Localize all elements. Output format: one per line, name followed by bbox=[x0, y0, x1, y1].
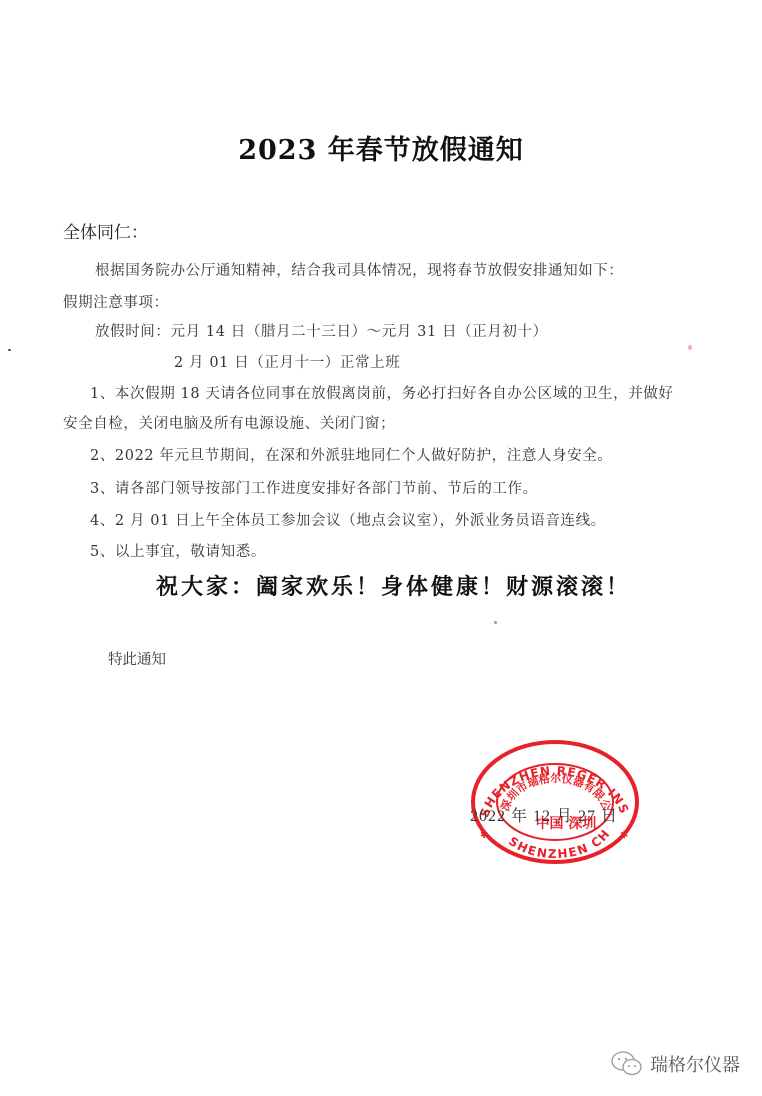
intro-paragraph: 根据国务院办公厅通知精神，结合我司具体情况，现将春节放假安排通知如下： bbox=[95, 259, 624, 280]
wechat-icon bbox=[610, 1050, 644, 1078]
wechat-watermark: 瑞格尔仪器 bbox=[610, 1050, 740, 1078]
document-title: 2023 年春节放假通知 bbox=[0, 128, 762, 167]
company-seal: SHENZHEN REGER INSTRUMENT CO.,LTD SHENZH… bbox=[470, 738, 640, 866]
signoff: 特此通知 bbox=[108, 648, 166, 669]
notice-item-1-cont: 安全自检，关闭电脑及所有电源设施、关闭门窗； bbox=[63, 412, 395, 433]
svg-text:✱: ✱ bbox=[620, 830, 628, 841]
notice-item-1: 1、本次假期 18 天请各位同事在放假离岗前，务必打扫好各自办公区域的卫生，并做… bbox=[90, 382, 674, 403]
blessing: 祝大家：阖家欢乐！身体健康！财源滚滚！ bbox=[156, 570, 631, 601]
scan-speck bbox=[8, 349, 11, 351]
watermark-label: 瑞格尔仪器 bbox=[650, 1051, 740, 1077]
holiday-time: 放假时间：元月 14 日（腊月二十三日）～元月 31 日（正月初十） bbox=[95, 320, 548, 341]
notice-item-3: 3、请各部门领导按部门工作进度安排好各部门节前、节后的工作。 bbox=[90, 477, 538, 498]
notes-heading: 假期注意事项： bbox=[63, 291, 169, 312]
scan-speck bbox=[688, 345, 692, 350]
svg-text:✱: ✱ bbox=[480, 830, 488, 841]
seal-icon: SHENZHEN REGER INSTRUMENT CO.,LTD SHENZH… bbox=[470, 738, 640, 866]
notice-item-4: 4、2 月 01 日上午全体员工参加会议（地点会议室），外派业务员语音连线。 bbox=[90, 509, 606, 530]
scan-speck bbox=[494, 621, 497, 624]
notice-item-2: 2、2022 年元旦节期间，在深和外派驻地同仁个人做好防护，注意人身安全。 bbox=[90, 444, 612, 465]
document-date: 2022 年 12 月 27 日 bbox=[470, 803, 618, 826]
return-to-work: 2 月 01 日（正月十一）正常上班 bbox=[174, 351, 400, 372]
salutation: 全体同仁： bbox=[63, 218, 148, 243]
notice-item-5: 5、以上事宜，敬请知悉。 bbox=[90, 540, 266, 561]
